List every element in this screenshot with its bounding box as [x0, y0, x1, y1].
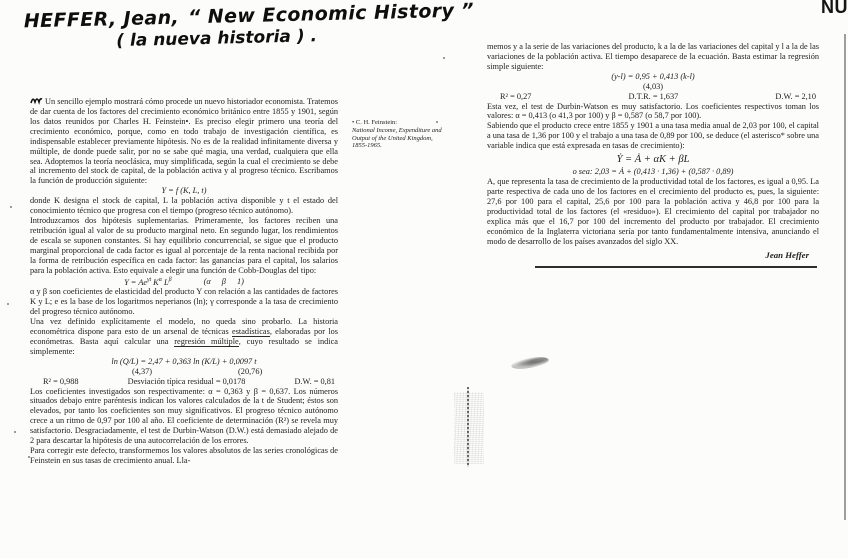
author-signature: Jean Heffer — [487, 251, 819, 261]
footnote-work-title: National Income, Expenditure and Output … — [352, 127, 448, 150]
stat-r-squared: R² = 0,27 — [500, 92, 531, 102]
stat-durbin-watson: D.W. = 2,10 — [775, 92, 816, 102]
footnote-bullet: • — [352, 119, 354, 126]
paragraph: donde K designa el stock de capital, L l… — [30, 196, 338, 216]
scan-speck — [443, 57, 445, 59]
annotation-title: “ New Economic History ” — [188, 0, 474, 28]
footnote-author-line: • C. H. Feinstein: — [352, 119, 448, 127]
scan-speck — [10, 206, 12, 208]
scan-speck — [7, 303, 9, 305]
paragraph-text: Un sencillo ejemplo mostrará cómo proced… — [30, 97, 338, 185]
scan-blot — [510, 355, 549, 371]
margin-footnote: • C. H. Feinstein: National Income, Expe… — [352, 119, 448, 150]
paragraph: Una vez definido explícitamente el model… — [30, 317, 338, 357]
scanned-page: HEFFER, Jean,“ New Economic History ” ( … — [0, 0, 848, 558]
t-value: (20,76) — [238, 367, 262, 377]
pen-underlined-word: estadísticas — [232, 327, 270, 337]
formula-simple-regression: (y-l) = 0,95 + 0,413 (k-l) — [487, 72, 819, 82]
end-rule — [535, 266, 817, 268]
regression-statistics-row: R² = 0,988 Desviación típica residual = … — [30, 377, 338, 387]
paragraph: Esta vez, el test de Durbin-Watson es mu… — [487, 102, 819, 122]
stat-residual: Desviación típica residual = 0,0178 — [128, 377, 246, 387]
paragraph: Sabiendo que el producto crece entre 185… — [487, 121, 819, 151]
t-student-value-row: (4,03) — [487, 82, 819, 92]
paragraph: α y β son coeficientes de elasticidad de… — [30, 287, 338, 317]
scan-smudge — [454, 392, 484, 464]
formula-part: L — [162, 277, 169, 286]
paragraph: Un sencillo ejemplo mostrará cómo proced… — [30, 95, 338, 186]
formula-part: Y = Ae — [124, 277, 147, 286]
formula-production-function: Y = f (K, L, t) — [30, 186, 338, 196]
left-column: Un sencillo ejemplo mostrará cómo proced… — [30, 95, 338, 466]
scan-edge-line — [844, 34, 846, 520]
formula-cobb-douglas: Y = Aeγt Kα Lβ(α β 1) — [30, 276, 338, 288]
regression-statistics-row: R² = 0,27 D.T.R. = 1,637 D.W. = 2,10 — [487, 92, 819, 102]
scan-smudge-streak — [467, 387, 469, 467]
paragraph: A, que representa la tasa de crecimiento… — [487, 177, 819, 246]
formula-numeric-decomposition: o sea: 2,03 = Ȧ + (0,413 · 1,36) + (0,58… — [487, 167, 819, 177]
stat-dtr: D.T.R. = 1,637 — [629, 92, 679, 102]
paragraph: memos y a la serie de las variaciones de… — [487, 42, 819, 72]
annotation-author: HEFFER, Jean, — [24, 7, 180, 33]
formula-part: K — [151, 277, 159, 286]
handwritten-paragraph-mark — [30, 95, 43, 105]
t-student-values-row: (4,37) (20,76) — [30, 367, 338, 377]
t-value: (4,37) — [132, 367, 152, 377]
scan-speck — [28, 456, 30, 458]
formula-exponent-list: (α β 1) — [204, 277, 244, 286]
formula-multiple-regression: ln (Q/L) = 2,47 + 0,363 ln (K/L) + 0,009… — [30, 357, 338, 367]
page-header-fragment: NU — [821, 0, 848, 18]
formula-growth-decomposition: Ẏ = Ȧ + αK + βL — [487, 155, 819, 165]
scan-speck — [14, 431, 16, 433]
paragraph: Para corregir este defecto, transformemo… — [30, 446, 338, 466]
pen-underlined-word: regresión múltiple — [174, 337, 238, 347]
stat-durbin-watson: D.W. = 0,81 — [294, 377, 335, 387]
paragraph: Introduzcamos dos hipótesis suplementari… — [30, 216, 338, 276]
stat-r-squared: R² = 0,988 — [43, 377, 79, 387]
formula-exponent: β — [169, 277, 172, 283]
paragraph: Los coeficientes investigados son respec… — [30, 387, 338, 447]
scan-speck — [436, 121, 438, 123]
footnote-author: C. H. Feinstein: — [356, 119, 397, 126]
handwritten-annotation: HEFFER, Jean,“ New Economic History ” ( … — [24, 2, 385, 54]
right-column: memos y a la serie de las variaciones de… — [487, 42, 819, 268]
